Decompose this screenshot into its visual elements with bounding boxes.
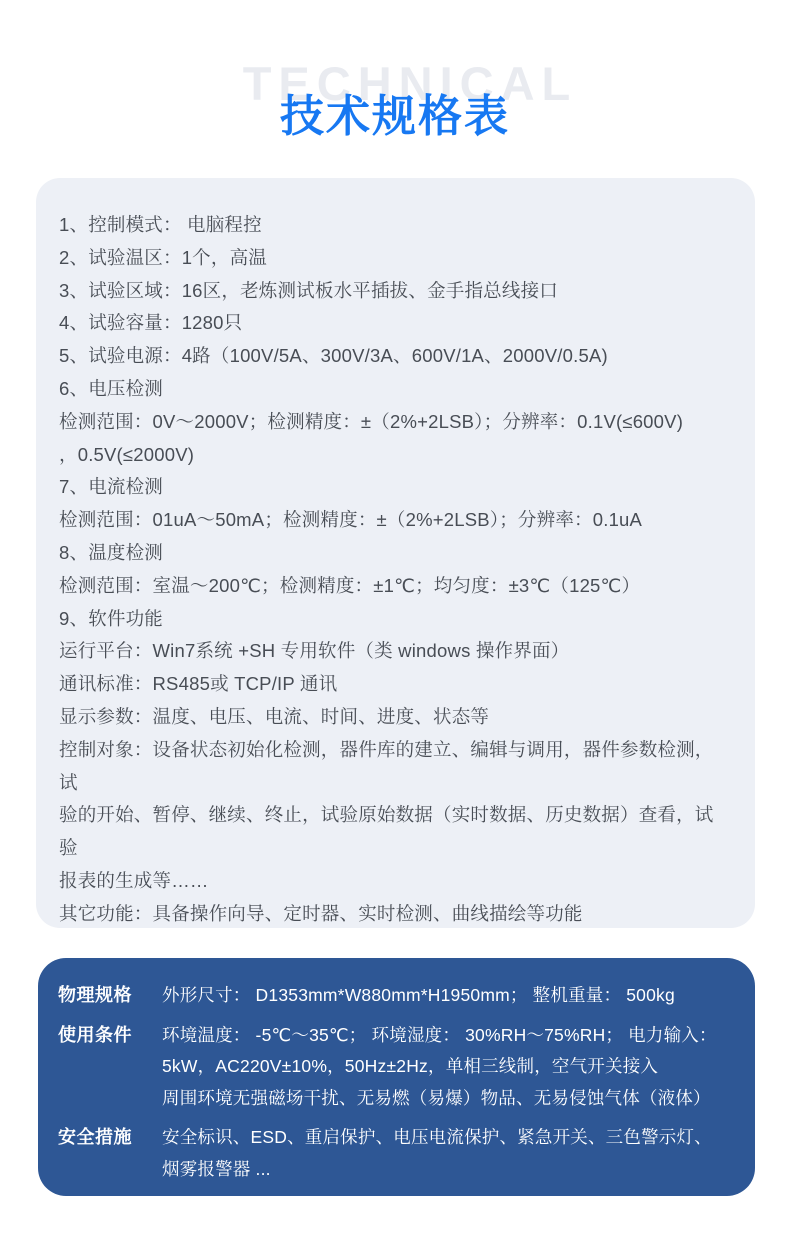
usage-conditions-value: 环境温度： -5℃～35℃； 环境湿度： 30%RH～75%RH； 电力输入： … — [162, 1020, 737, 1115]
physical-specs-label: 物理规格 — [58, 980, 162, 1012]
spec-card: 1、控制模式： 电脑程控 2、试验温区：1个，高温 3、试验区域：16区，老炼测… — [36, 178, 755, 928]
physical-specs-value: 外形尺寸： D1353mm*W880mm*H1950mm； 整机重量： 500k… — [162, 980, 737, 1012]
safety-measures-value: 安全标识、ESD、重启保护、电压电流保护、紧急开关、三色警示灯、 烟雾报警器 .… — [162, 1122, 737, 1185]
panel-row-physical-specs: 物理规格 外形尺寸： D1353mm*W880mm*H1950mm； 整机重量：… — [58, 980, 737, 1012]
spec-list: 1、控制模式： 电脑程控 2、试验温区：1个，高温 3、试验区域：16区，老炼测… — [59, 209, 731, 931]
safety-measures-label: 安全措施 — [58, 1122, 162, 1185]
usage-conditions-label: 使用条件 — [58, 1020, 162, 1115]
spec-sheet-page: { "header": { "watermark": "TECHNICAL", … — [0, 0, 790, 1246]
panel-row-safety-measures: 安全措施 安全标识、ESD、重启保护、电压电流保护、紧急开关、三色警示灯、 烟雾… — [58, 1122, 737, 1185]
physical-info-panel: 物理规格 外形尺寸： D1353mm*W880mm*H1950mm； 整机重量：… — [38, 958, 755, 1196]
page-title: 技术规格表 — [0, 80, 790, 144]
header: TECHNICAL 技术规格表 — [0, 0, 790, 178]
panel-row-usage-conditions: 使用条件 环境温度： -5℃～35℃； 环境湿度： 30%RH～75%RH； 电… — [58, 1020, 737, 1115]
